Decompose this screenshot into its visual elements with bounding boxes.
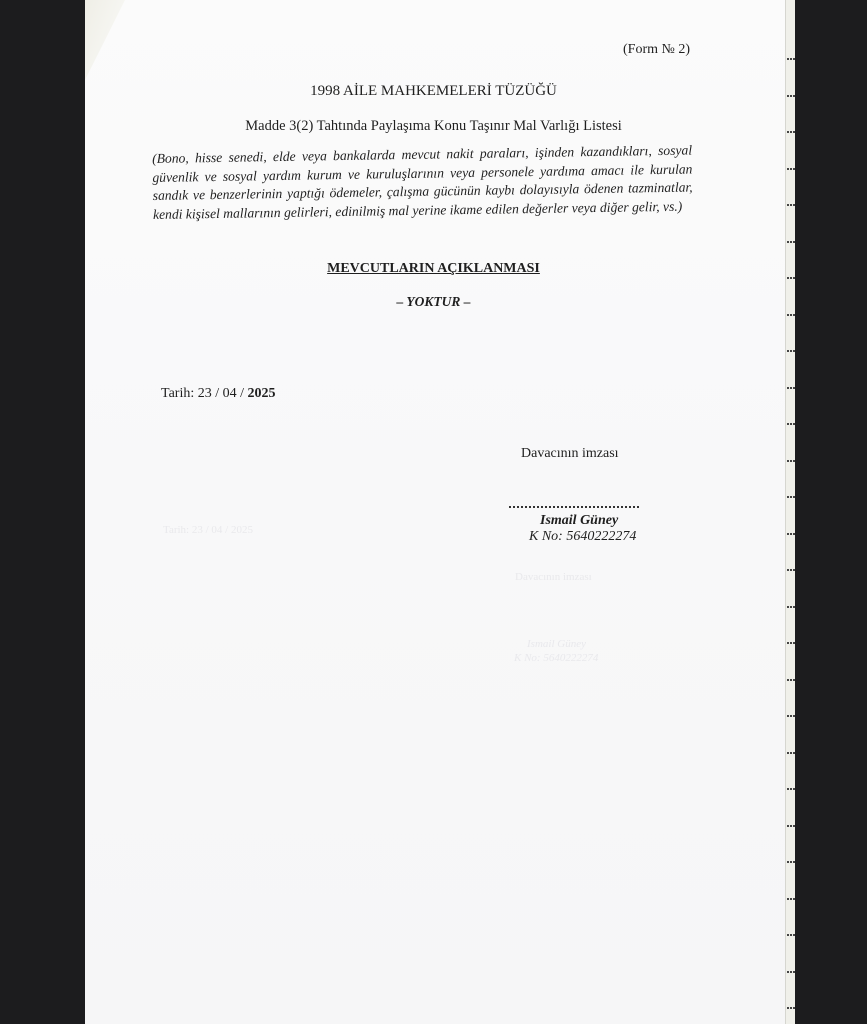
- edge-tick-mark: [787, 971, 795, 973]
- edge-tick-mark: [787, 241, 795, 243]
- bleed-through-signature-label: Davacının imzası: [515, 571, 592, 583]
- form-number: (Form № 2): [623, 42, 690, 58]
- signer-id: K No: 5640222274: [529, 529, 636, 545]
- edge-tick-mark: [787, 569, 795, 571]
- date-label: Tarih: 23 / 04 /: [161, 386, 244, 401]
- signature-line: [509, 506, 639, 508]
- edge-tick-mark: [787, 204, 795, 206]
- edge-tick-mark: [787, 679, 795, 681]
- edge-tick-mark: [787, 715, 795, 717]
- document-subtitle: Madde 3(2) Tahtında Paylaşıma Konu Taşın…: [0, 118, 867, 135]
- edge-tick-mark: [787, 496, 795, 498]
- section-value: – YOKTUR –: [0, 294, 867, 310]
- edge-tick-mark: [787, 606, 795, 608]
- edge-tick-mark: [787, 277, 795, 279]
- date-field: Tarih: 23 / 04 / 2025: [161, 386, 276, 402]
- section-heading: MEVCUTLARIN AÇIKLANMASI: [0, 261, 867, 277]
- bleed-through-date: Tarih: 23 / 04 / 2025: [163, 524, 253, 536]
- edge-tick-mark: [787, 752, 795, 754]
- edge-tick-mark: [787, 460, 795, 462]
- signature-label: Davacının imzası: [521, 446, 619, 462]
- edge-tick-mark: [787, 934, 795, 936]
- edge-tick-mark: [787, 533, 795, 535]
- description-paragraph: (Bono, hisse senedi, elde veya bankalard…: [152, 142, 693, 224]
- edge-tick-mark: [787, 825, 795, 827]
- edge-tick-mark: [787, 642, 795, 644]
- edge-tick-mark: [787, 350, 795, 352]
- page-edge-strip: [785, 0, 795, 1024]
- edge-tick-mark: [787, 898, 795, 900]
- edge-tick-mark: [787, 387, 795, 389]
- edge-tick-mark: [787, 58, 795, 60]
- edge-tick-mark: [787, 168, 795, 170]
- edge-tick-mark: [787, 861, 795, 863]
- edge-tick-mark: [787, 1007, 795, 1009]
- date-year: 2025: [248, 386, 276, 401]
- bleed-through-signer-id: K No: 5640222274: [514, 652, 598, 664]
- edge-tick-mark: [787, 423, 795, 425]
- signer-name: Ismail Güney: [540, 513, 618, 529]
- edge-tick-mark: [787, 788, 795, 790]
- document-title: 1998 AİLE MAHKEMELERİ TÜZÜĞÜ: [0, 83, 867, 100]
- edge-tick-mark: [787, 314, 795, 316]
- bleed-through-signer-name: Ismail Güney: [527, 638, 586, 650]
- paper-fold-shadow: [85, 0, 125, 80]
